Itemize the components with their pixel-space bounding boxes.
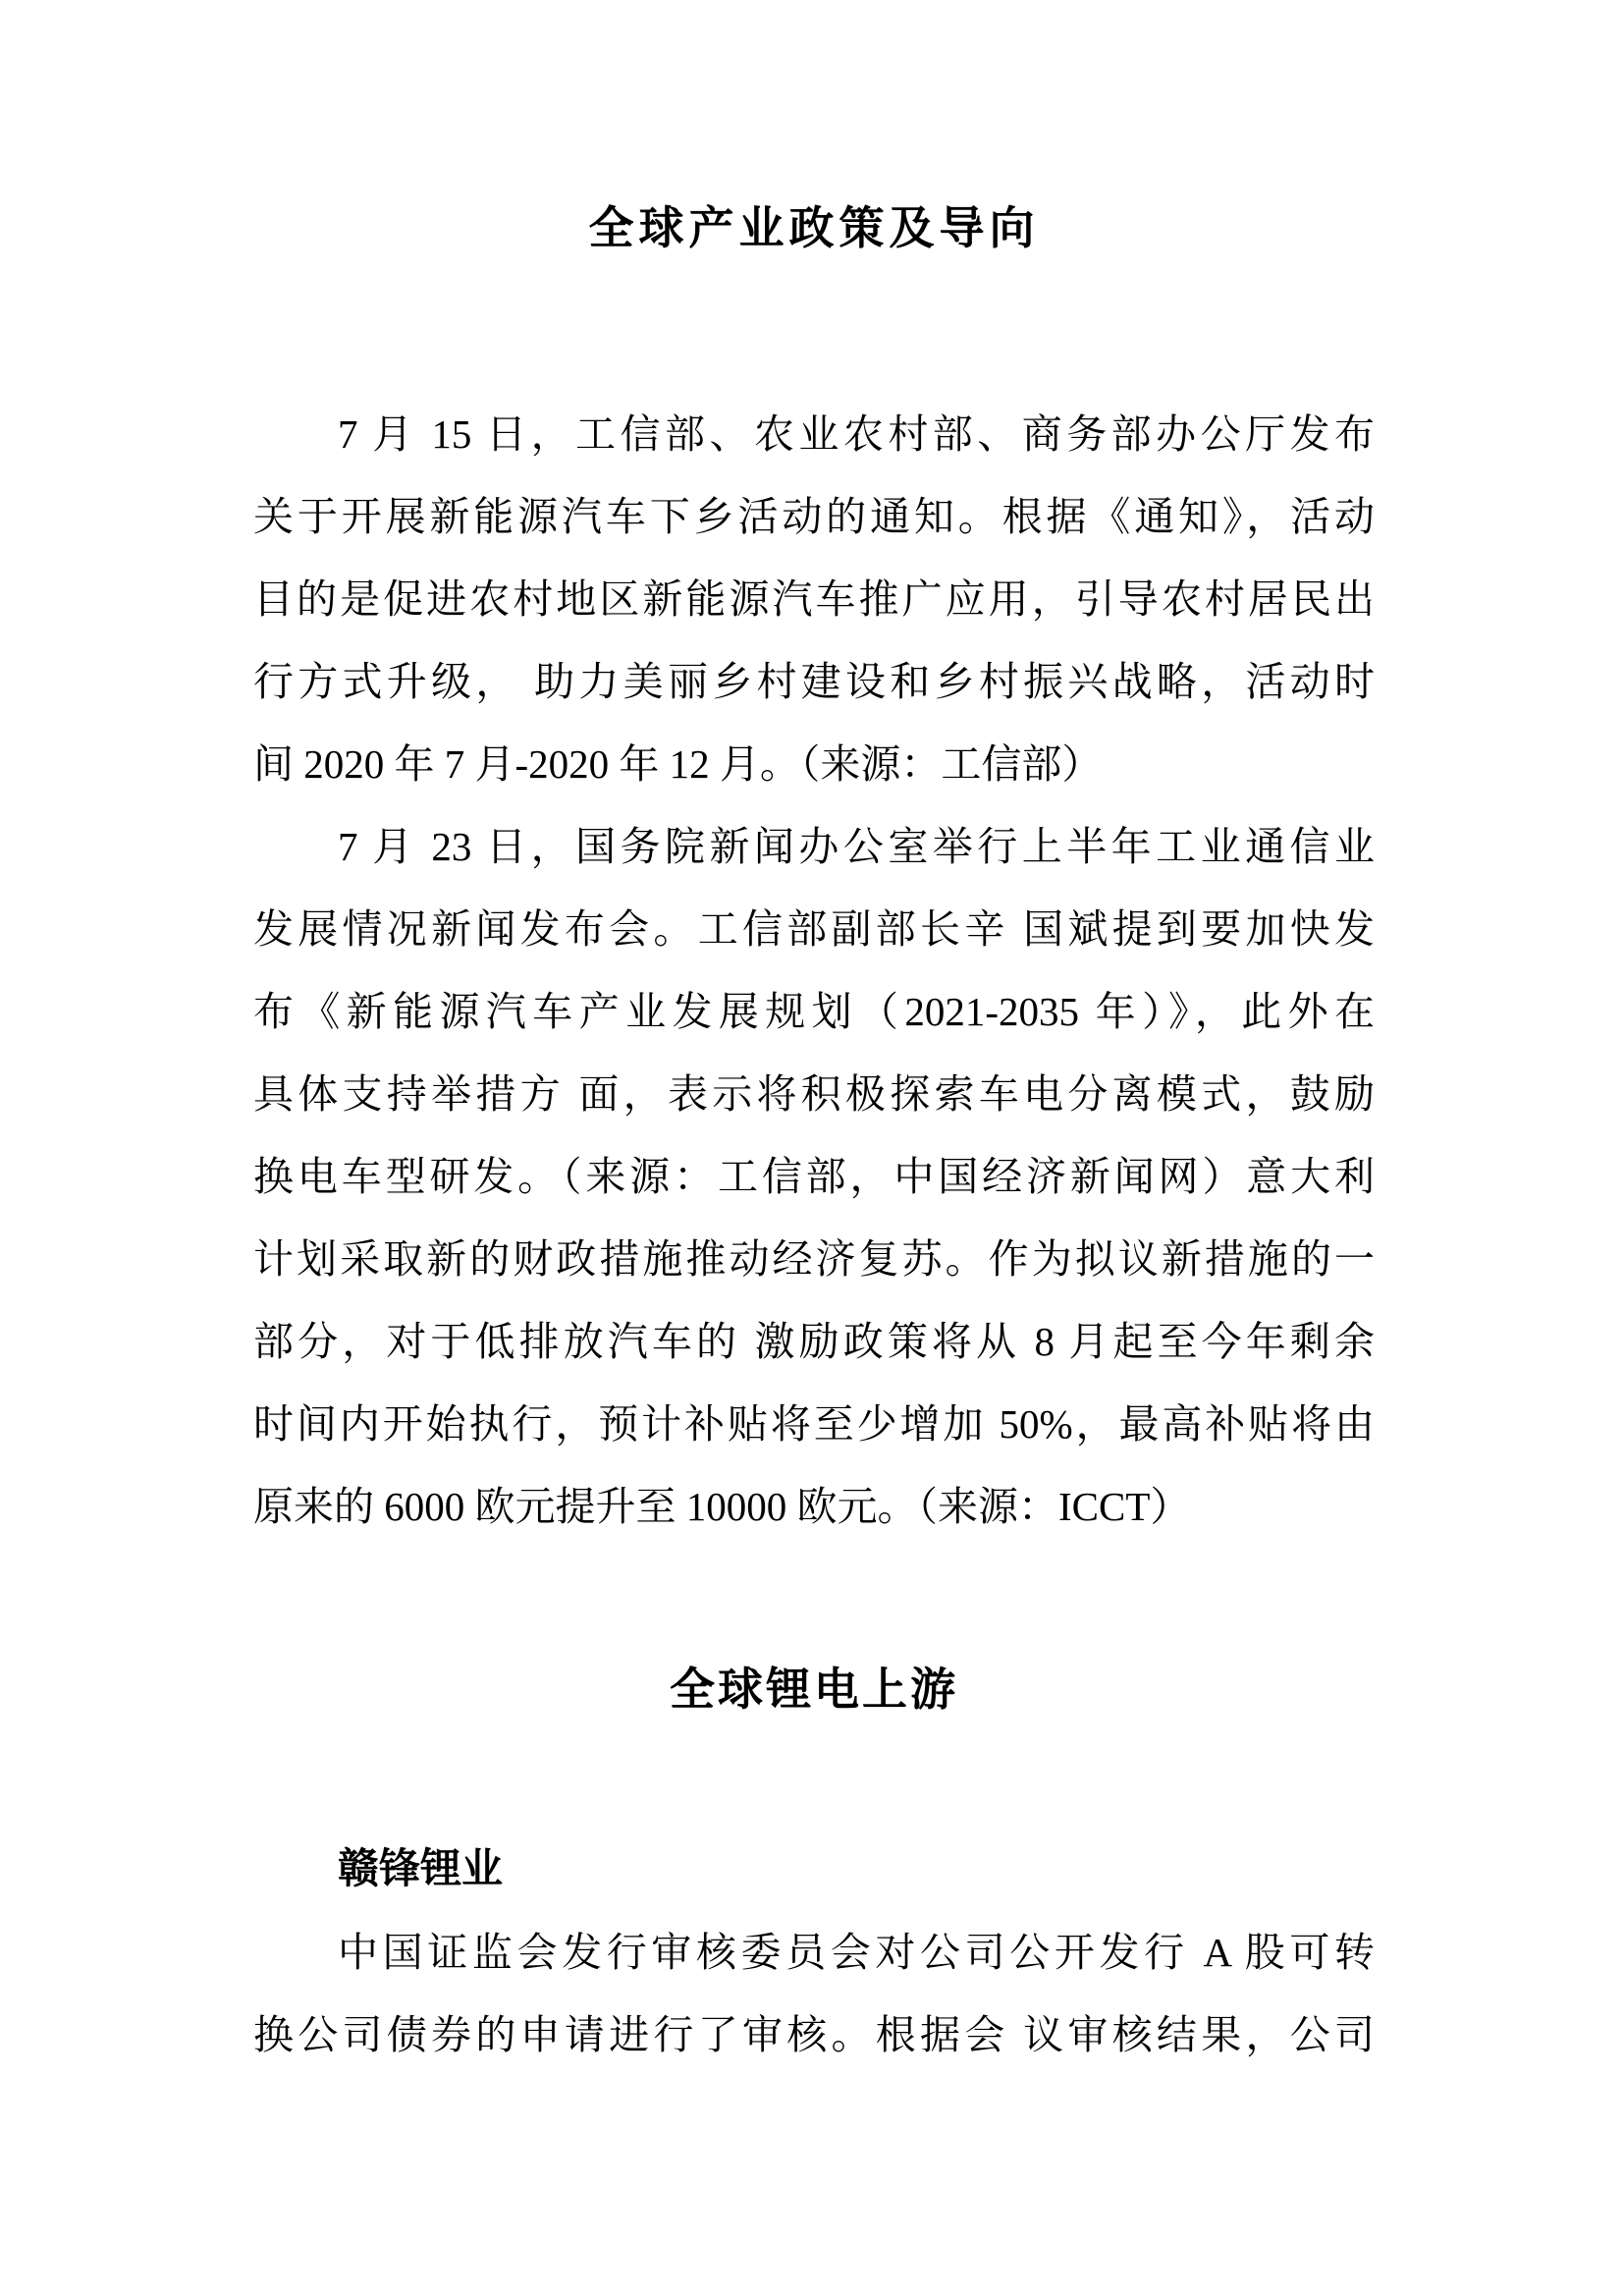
- company-name-heading: 赣锋锂业: [253, 1829, 1375, 1911]
- text-line: 发展情况新闻发布会。工信部副部长辛 国斌提到要加快发: [253, 888, 1375, 970]
- text-line: 部分，对于低排放汽车的 激励政策将从 8 月起至今年剩余: [253, 1300, 1375, 1383]
- text-line: 行方式升级， 助力美丽乡村建设和乡村振兴战略，活动时: [253, 640, 1375, 723]
- text-line: 关于开展新能源汽车下乡活动的通知。根据《通知》，活动: [253, 475, 1375, 558]
- paragraph-policy-2: 7 月 23 日，国务院新闻办公室举行上半年工业通信业发展情况新闻发布会。工信部…: [253, 805, 1375, 1548]
- text-line: 时间内开始执行，预计补贴将至少增加 50%，最高补贴将由: [253, 1383, 1375, 1465]
- text-line: 换公司债券的申请进行了审核。根据会 议审核结果，公司: [253, 1994, 1375, 2076]
- paragraph-policy-1: 7 月 15 日，工信部、农业农村部、商务部办公厅发布关于开展新能源汽车下乡活动…: [253, 393, 1375, 805]
- section-title-lithium: 全球锂电上游: [253, 1663, 1375, 1718]
- text-line: 目的是促进农村地区新能源汽车推广应用，引导农村居民出: [253, 558, 1375, 640]
- text-line: 中国证监会发行审核委员会对公司公开发行 A 股可转: [253, 1911, 1375, 1994]
- document-page: 全球产业政策及导向 7 月 15 日，工信部、农业农村部、商务部办公厅发布关于开…: [0, 0, 1623, 2296]
- text-line: 7 月 15 日，工信部、农业农村部、商务部办公厅发布: [253, 393, 1375, 475]
- section-title-policy: 全球产业政策及导向: [253, 201, 1375, 256]
- paragraph-lithium-1: 中国证监会发行审核委员会对公司公开发行 A 股可转换公司债券的申请进行了审核。根…: [253, 1911, 1375, 2076]
- page-content: 全球产业政策及导向 7 月 15 日，工信部、农业农村部、商务部办公厅发布关于开…: [253, 0, 1375, 2076]
- text-line: 间 2020 年 7 月-2020 年 12 月。（来源：工信部）: [253, 723, 1375, 805]
- text-line: 原来的 6000 欧元提升至 10000 欧元。（来源：ICCT）: [253, 1465, 1375, 1548]
- text-line: 计划采取新的财政措施推动经济复苏。作为拟议新措施的一: [253, 1218, 1375, 1300]
- text-line: 换电车型研发。（来源：工信部，中国经济新闻网）意大利: [253, 1135, 1375, 1218]
- text-line: 布《新能源汽车产业发展规划（2021-2035 年）》，此外在: [253, 970, 1375, 1053]
- text-line: 7 月 23 日，国务院新闻办公室举行上半年工业通信业: [253, 805, 1375, 888]
- text-line: 具体支持举措方 面，表示将积极探索车电分离模式，鼓励: [253, 1053, 1375, 1135]
